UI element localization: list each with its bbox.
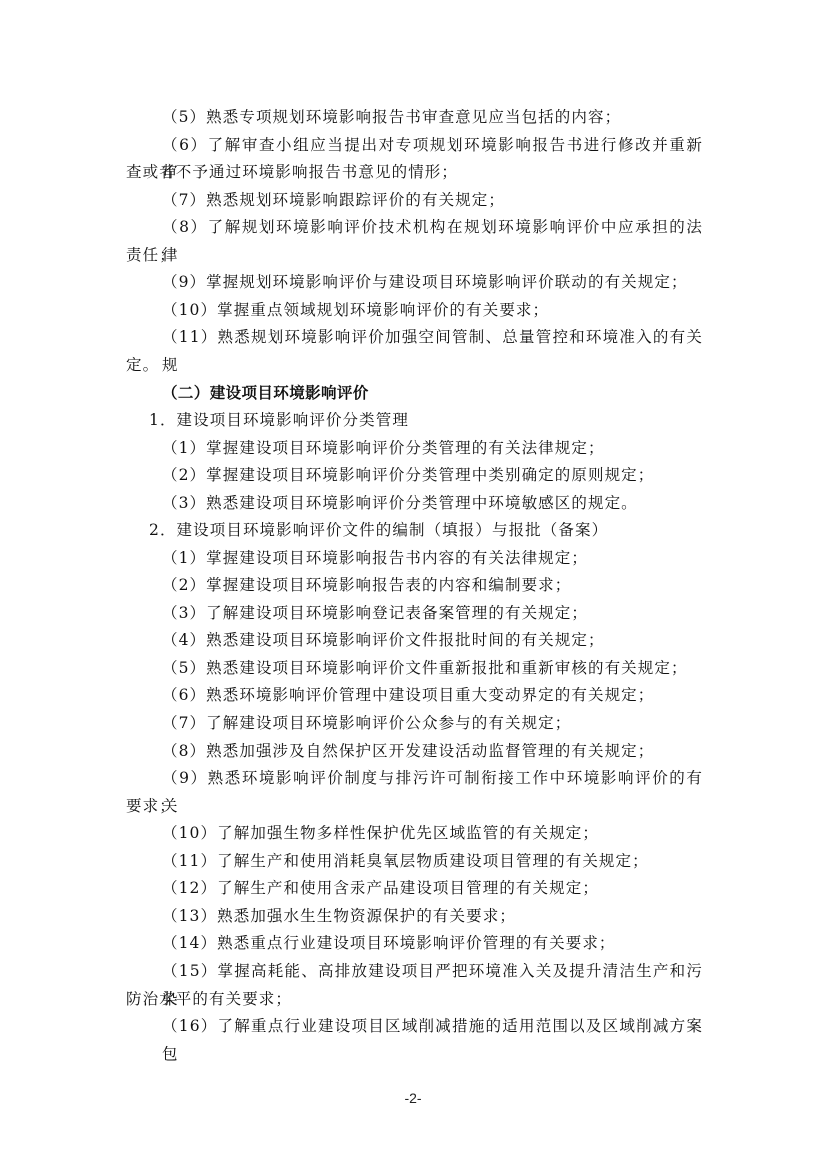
text-line: （9）熟悉环境影响评价制度与排污许可制衔接工作中环境影响评价的有关 (126, 765, 703, 793)
text-line: （16）了解重点行业建设项目区域削减措施的适用范围以及区域削减方案包 (126, 1013, 703, 1041)
text-line: （10）掌握重点领域规划环境影响评价的有关要求； (126, 297, 703, 325)
text-line: （7）了解建设项目环境影响评价公众参与的有关规定； (126, 710, 703, 738)
text-line: （2）掌握建设项目环境影响评价分类管理中类别确定的原则规定； (126, 462, 703, 490)
text-line: （11）了解生产和使用消耗臭氧层物质建设项目管理的有关规定； (126, 848, 703, 876)
text-line: （6）熟悉环境影响评价管理中建设项目重大变动界定的有关规定； (126, 682, 703, 710)
text-line: （10）了解加强生物多样性保护优先区域监管的有关规定； (126, 820, 703, 848)
document-body: （5）熟悉专项规划环境影响报告书审查意见应当包括的内容；（6）了解审查小组应当提… (126, 104, 703, 1041)
text-line: （4）熟悉建设项目环境影响评价文件报批时间的有关规定； (126, 627, 703, 655)
text-line: （6）了解审查小组应当提出对专项规划环境影响报告书进行修改并重新审 (126, 132, 703, 160)
section-heading: （二）建设项目环境影响评价 (126, 379, 703, 407)
text-line: 定。 (126, 352, 703, 380)
text-line: （7）熟悉规划环境影响跟踪评价的有关规定； (126, 187, 703, 215)
text-line: （1）掌握建设项目环境影响报告书内容的有关法律规定； (126, 545, 703, 573)
text-line: 防治水平的有关要求； (126, 986, 703, 1014)
text-line: （3）熟悉建设项目环境影响评价分类管理中环境敏感区的规定。 (126, 490, 703, 518)
text-line: （12）了解生产和使用含汞产品建设项目管理的有关规定； (126, 875, 703, 903)
subsection-heading: 2．建设项目环境影响评价文件的编制（填报）与报批（备案） (126, 517, 703, 545)
text-line: （8）熟悉加强涉及自然保护区开发建设活动监督管理的有关规定； (126, 738, 703, 766)
subsection-heading: 1．建设项目环境影响评价分类管理 (126, 407, 703, 435)
text-line: 要求； (126, 793, 703, 821)
text-line: 查或者不予通过环境影响报告书意见的情形； (126, 159, 703, 187)
text-line: （5）熟悉专项规划环境影响报告书审查意见应当包括的内容； (126, 104, 703, 132)
text-line: （14）熟悉重点行业建设项目环境影响评价管理的有关要求； (126, 930, 703, 958)
text-line: （2）掌握建设项目环境影响报告表的内容和编制要求； (126, 572, 703, 600)
text-line: （1）掌握建设项目环境影响评价分类管理的有关法律规定； (126, 435, 703, 463)
text-line: （3）了解建设项目环境影响登记表备案管理的有关规定； (126, 600, 703, 628)
text-line: （15）掌握高耗能、高排放建设项目严把环境准入关及提升清洁生产和污染 (126, 958, 703, 986)
text-line: （9）掌握规划环境影响评价与建设项目环境影响评价联动的有关规定； (126, 269, 703, 297)
text-line: （8）了解规划环境影响评价技术机构在规划环境影响评价中应承担的法律 (126, 214, 703, 242)
page-number: -2- (0, 1090, 826, 1106)
text-line: （11）熟悉规划环境影响评价加强空间管制、总量管控和环境准入的有关规 (126, 324, 703, 352)
text-line: 责任； (126, 242, 703, 270)
text-line: （13）熟悉加强水生生物资源保护的有关要求； (126, 903, 703, 931)
text-line: （5）熟悉建设项目环境影响评价文件重新报批和重新审核的有关规定； (126, 655, 703, 683)
